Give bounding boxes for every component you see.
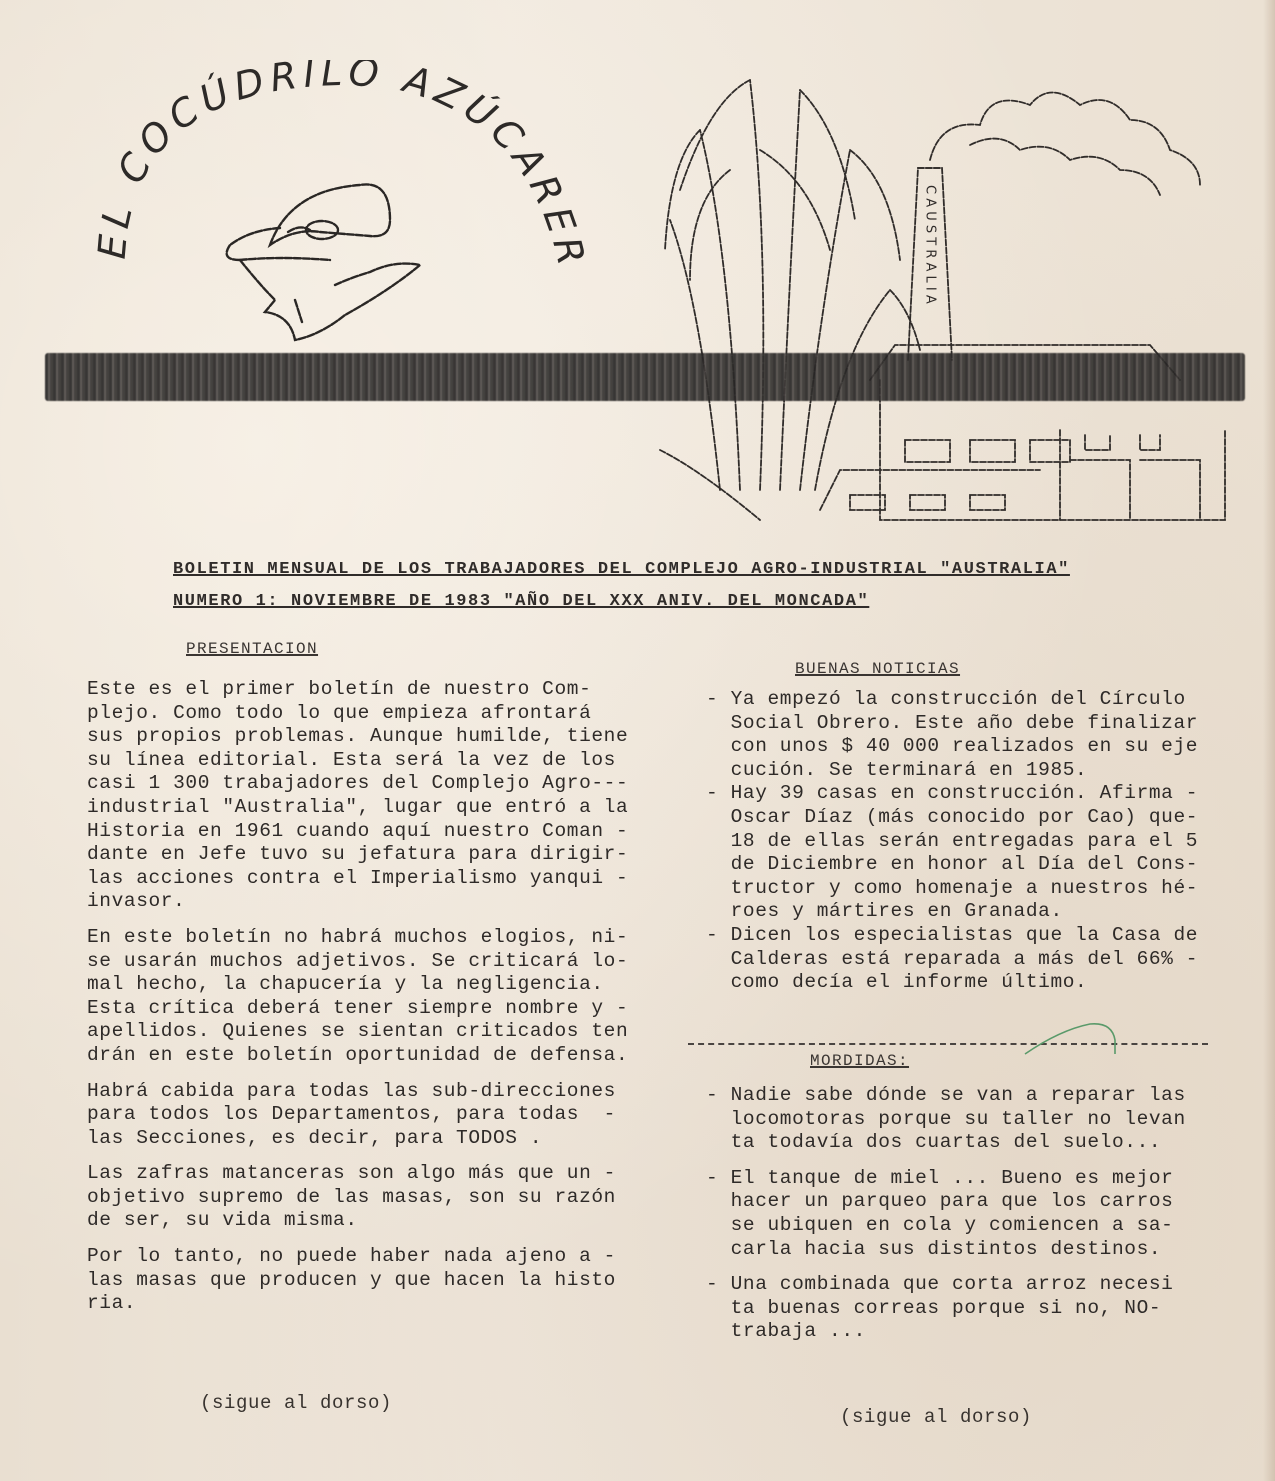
list-item: - Ya empezó la construcción del Círculo … [706, 688, 1226, 782]
continued-note-left: (sigue al dorso) [200, 1392, 392, 1414]
section-divider [688, 1043, 1208, 1045]
bites-list: - Nadie sabe dónde se van a reparar las … [706, 1084, 1226, 1356]
inked-divider-band [45, 353, 1245, 401]
good-news-heading: BUENAS NOTICIAS [795, 660, 960, 678]
bulletin-subtitle: BOLETIN MENSUAL DE LOS TRABAJADORES DEL … [173, 560, 1070, 579]
list-item: - Hay 39 casas en construcción. Afirma -… [706, 782, 1226, 924]
sugar-cane-icon [660, 80, 920, 520]
crocodile-head-icon [227, 184, 420, 340]
sugar-mill-illustration: C A U S T R A L I A [640, 50, 1250, 540]
masthead-title-art: EL COCÚDRILO AZÚCARERO [90, 60, 610, 360]
good-news-list: - Ya empezó la construcción del Círculo … [706, 688, 1226, 995]
list-item: - Una combinada que corta arroz necesi t… [706, 1273, 1226, 1344]
continued-note-right: (sigue al dorso) [840, 1406, 1032, 1428]
chimney-lettering: C A U S T R A L I A [923, 185, 938, 304]
list-item: - Nadie sabe dónde se van a reparar las … [706, 1084, 1226, 1155]
paragraph: Por lo tanto, no puede haber nada ajeno … [87, 1245, 667, 1316]
list-item: - Dicen los especialistas que la Casa de… [706, 924, 1226, 995]
bites-heading: MORDIDAS: [810, 1052, 909, 1070]
presentation-heading: PRESENTACION [186, 640, 318, 658]
smoke-icon [930, 93, 1200, 196]
left-column: Este es el primer boletín de nuestro Com… [87, 678, 667, 1328]
paragraph: Las zafras matanceras son algo más que u… [87, 1162, 667, 1233]
green-pen-mark [1020, 1018, 1130, 1058]
paragraph: Este es el primer boletín de nuestro Com… [87, 678, 667, 914]
paragraph: Habrá cabida para todas las sub-direccio… [87, 1080, 667, 1151]
list-item: - El tanque de miel ... Bueno es mejor h… [706, 1167, 1226, 1261]
masthead-title: EL COCÚDRILO AZÚCARERO [90, 60, 595, 275]
paragraph: En este boletín no habrá muchos elogios,… [87, 926, 667, 1068]
issue-number-line: NUMERO 1: NOVIEMBRE DE 1983 "AÑO DEL XXX… [173, 592, 869, 611]
